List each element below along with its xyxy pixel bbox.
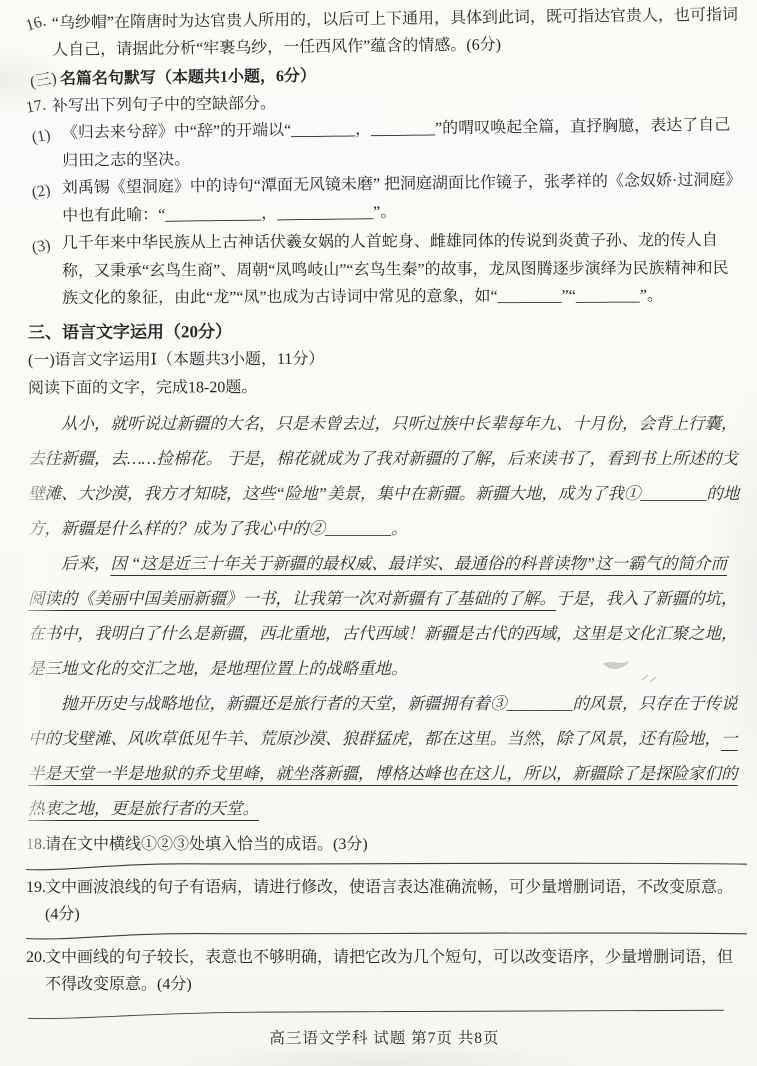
question-19-text: 文中画波浪线的句子有语病，请进行修改，使语言表达准确流畅，可少量增删词语，不改变…: [45, 879, 733, 896]
paragraph-3-lead: 抛开历史与战略地位，新疆还是旅行者的天堂，新疆拥有着③________的风景，只…: [28, 694, 738, 748]
separator-line: [24, 860, 749, 872]
part3-heading: 三、语言文字运用（20分）: [28, 314, 741, 346]
item-3-label: (3): [30, 232, 53, 262]
question-16-text: “乌纱帽”在隋唐时为达官贵人所用的，以后可上下通用，具体到此词，既可指达官贵人，…: [52, 7, 738, 59]
question-20-text: 文中画线的句子较长，表意也不够明确，请把它改为几个短句，可以改变语序，少量增删词…: [45, 949, 733, 993]
item-2-text: 刘禹锡《望洞庭》中的诗句“潭面无风镜未磨” 把洞庭湖面比作镜子，张孝祥的《念奴娇…: [62, 172, 734, 225]
paragraph-2-lead: 后来，: [61, 554, 111, 573]
section-mingpian-title: 名篇名句默写（本题共1小题，6分）: [60, 68, 316, 88]
part3-instruction: 阅读下面的文字，完成18-20题。: [28, 371, 741, 402]
question-16-number: 16.: [22, 8, 49, 40]
question-18-number: 18.: [26, 831, 46, 858]
item-1-label: (1): [30, 122, 53, 152]
question-18: 18. 请在文中横线①②③处填入恰当的成语。(3分): [28, 831, 741, 858]
separator-line: [24, 930, 749, 942]
question-17-item-1: (1) 《归去来兮辞》中“辞”的开端以“________，________”的喟…: [28, 112, 742, 176]
scan-smudge-artifact: [598, 648, 668, 692]
question-16: 16. “乌纱帽”在隋唐时为达官贵人所用的，以后可上下通用，具体到此词，既可指达…: [28, 2, 742, 65]
item-1-text: 《归去来兮辞》中“辞”的开端以“________，________”的喟叹唤起全…: [62, 117, 731, 170]
reading-passage: 从小，就听说过新疆的大名，只是未曾去过，只听过族中长辈每年九、十月份，会背上行囊…: [28, 406, 741, 826]
footer-separator-line: [24, 1008, 749, 1020]
question-18-text: 请在文中横线①②③处填入恰当的成语。(3分): [45, 836, 368, 853]
question-17-item-3: (3) 几千年来中华民族从上古神话伏羲女娲的人首蛇身、雌雄同体的传说到炎黄子孙、…: [28, 227, 741, 313]
question-17-item-2: (2) 刘禹锡《望洞庭》中的诗句“潭面无风镜未磨” 把洞庭湖面比作镜子，张孝祥的…: [28, 167, 742, 231]
passage-paragraph-3: 抛开历史与战略地位，新疆还是旅行者的天堂，新疆拥有着③________的风景，只…: [28, 686, 741, 826]
question-19-score: (4分): [45, 901, 741, 928]
question-19: 19. 文中画波浪线的句子有语病，请进行修改，使语言表达准确流畅，可少量增删词语…: [28, 874, 741, 928]
item-2-label: (2): [30, 177, 53, 207]
question-20-number: 20.: [26, 944, 46, 971]
question-17-intro: 补写出下列句子中的空缺部分。: [52, 95, 276, 115]
part3-subheading: (一)语言文字运用Ⅰ（本题共3小题，11分）: [28, 343, 741, 374]
passage-paragraph-1: 从小，就听说过新疆的大名，只是未曾去过，只听过族中长辈每年九、十月份，会背上行囊…: [28, 406, 741, 546]
exam-page: 16. “乌纱帽”在隋唐时为达官贵人所用的，以后可上下通用，具体到此词，既可指达…: [0, 0, 757, 1052]
question-17-number: 17.: [24, 92, 48, 122]
question-19-number: 19.: [26, 874, 46, 901]
page-footer: 高三语文学科 试题 第7页 共8页: [28, 1026, 741, 1052]
question-20: 20. 文中画线的句子较长，表意也不够明确，请把它改为几个短句，可以改变语序，少…: [28, 944, 741, 998]
paragraph-1-text: 从小，就听说过新疆的大名，只是未曾去过，只听过族中长辈每年九、十月份，会背上行囊…: [28, 414, 739, 538]
item-3-text: 几千年来中华民族从上古神话伏羲女娲的人首蛇身、雌雄同体的传说到炎黄子孙、龙的传人…: [62, 232, 729, 307]
